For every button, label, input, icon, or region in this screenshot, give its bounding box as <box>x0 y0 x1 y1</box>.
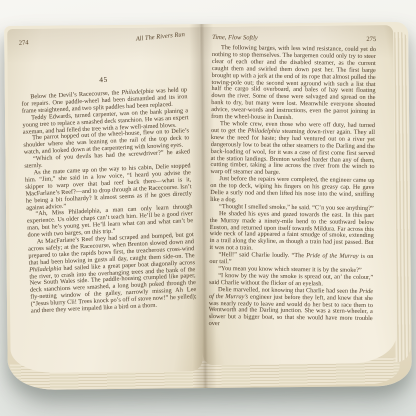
paragraph: He shaded his eyes and gazed towards the… <box>210 211 374 254</box>
left-page: 274 All The Rivers Run 45 Below the Devi… <box>7 27 203 373</box>
paragraph: At MacFarlane’s Reef they had scraped an… <box>28 232 197 315</box>
left-page-header: 274 All The Rivers Run <box>19 32 185 47</box>
left-page-text: Below the Devil’s Racecourse, the Philad… <box>21 87 197 315</box>
right-running-header: Time, Flow Softly <box>212 34 258 42</box>
right-page-text: The following barges, with less wind res… <box>209 45 376 330</box>
right-page-content: Time, Flow Softly 275 The following barg… <box>199 25 396 365</box>
photo-background: 274 All The Rivers Run 45 Below the Devi… <box>0 0 416 416</box>
right-page: Time, Flow Softly 275 The following barg… <box>199 25 397 365</box>
left-page-number: 274 <box>19 39 29 46</box>
left-running-header: All The Rivers Run <box>135 31 185 43</box>
paragraph: Delie marvelled, not knowing that Charli… <box>209 287 373 330</box>
paragraph: The following barges, with less wind res… <box>211 45 376 123</box>
left-page-content: 274 All The Rivers Run 45 Below the Devi… <box>7 27 203 373</box>
paragraph: Just before the repairs were completed, … <box>210 176 374 206</box>
paragraph: The whole crew, even those who were off … <box>210 121 375 178</box>
chapter-number: 45 <box>20 71 186 88</box>
open-book: 274 All The Rivers Run 45 Below the Devi… <box>4 22 412 390</box>
right-page-header: Time, Flow Softly 275 <box>212 34 376 43</box>
right-page-number: 275 <box>366 36 376 43</box>
